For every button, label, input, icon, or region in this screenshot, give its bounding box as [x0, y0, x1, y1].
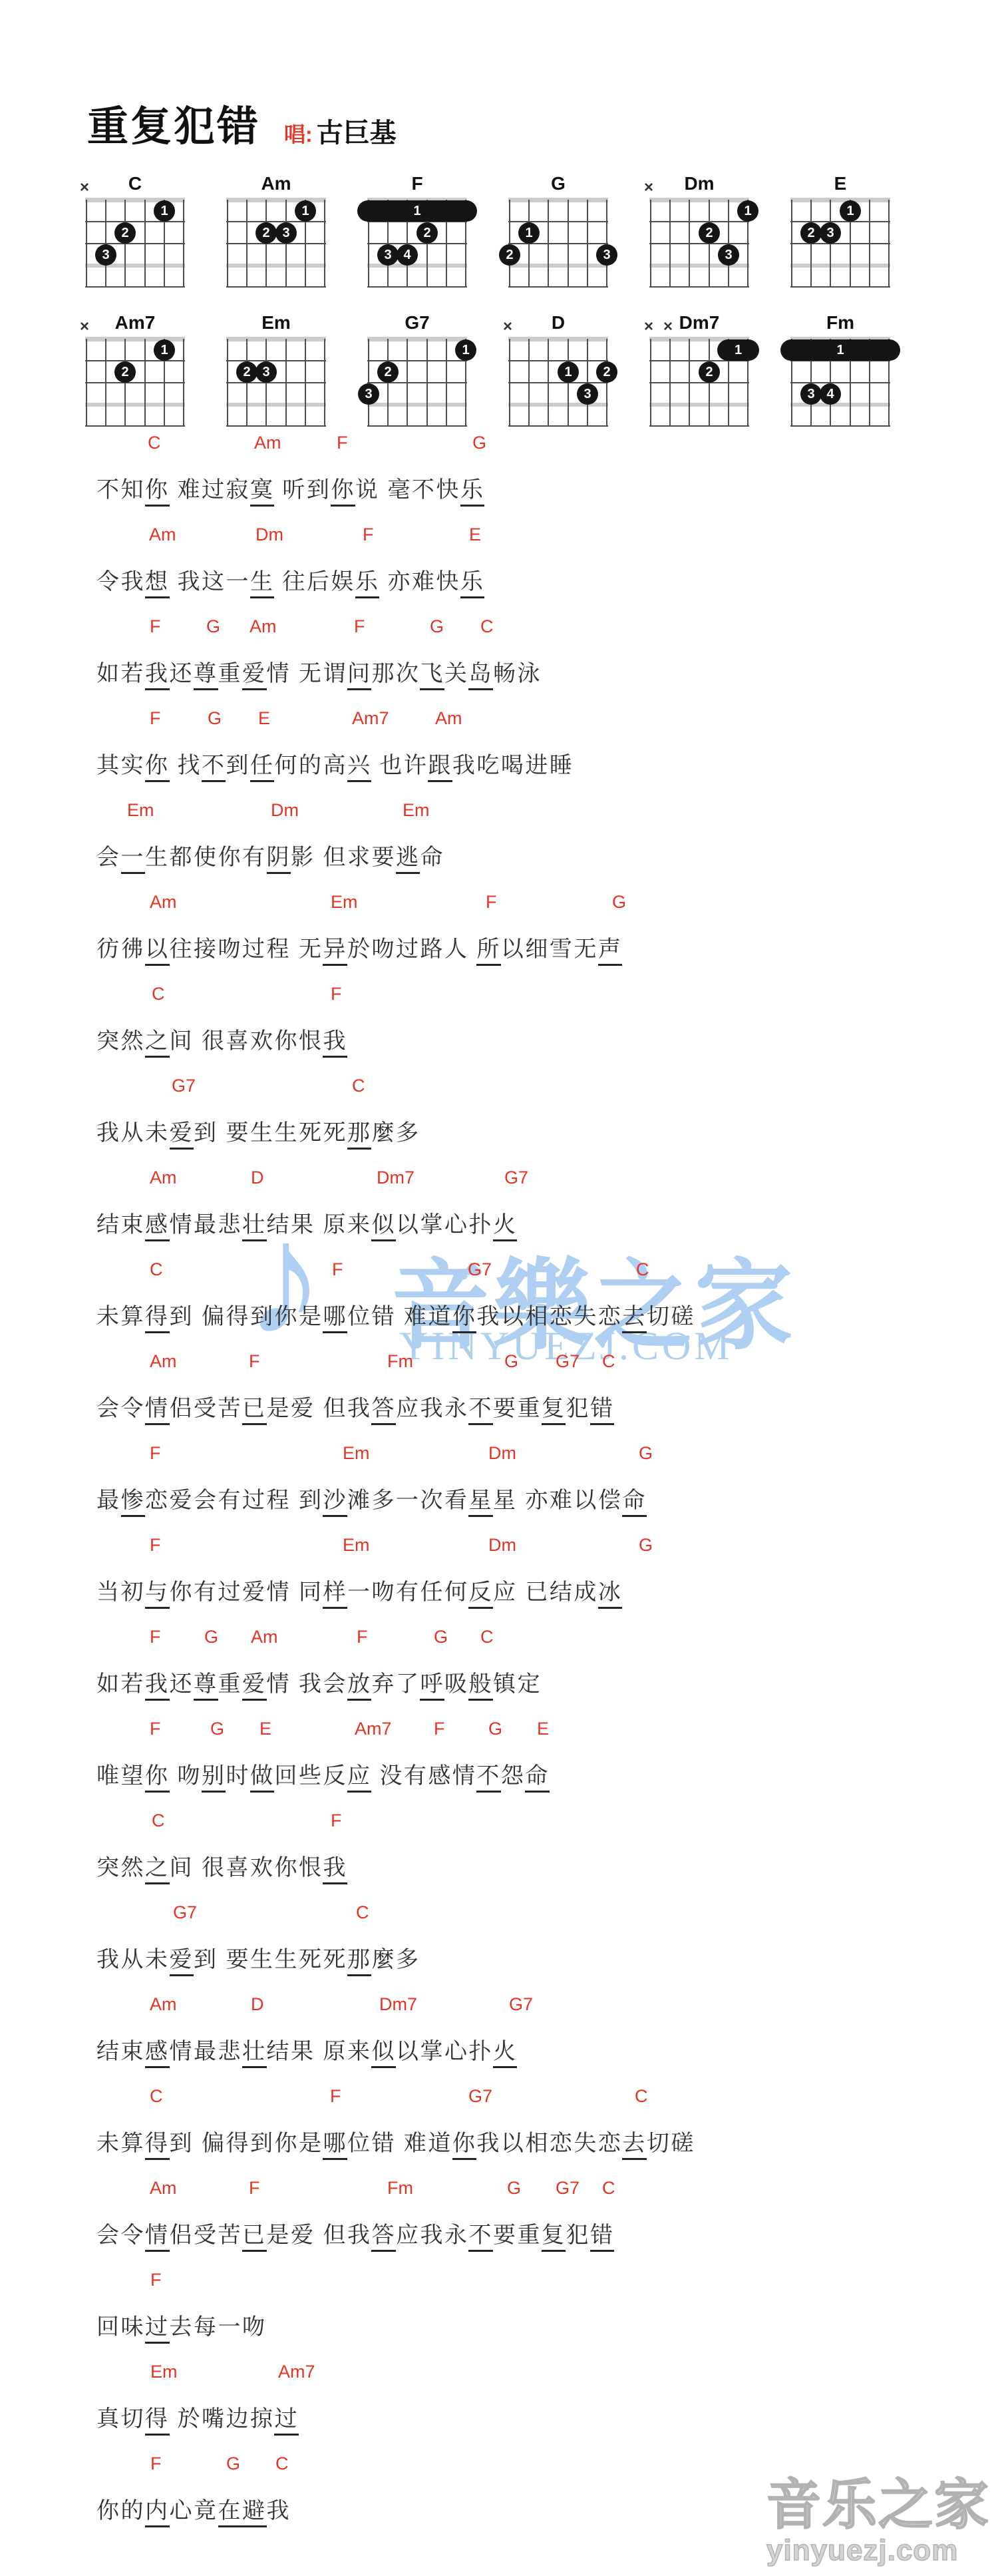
lyric-segment-underlined: 寞: [250, 477, 275, 507]
lyric-line: 会令情侣受苦已是爱 但我答应我永不要重复犯错: [96, 1395, 614, 1425]
lyric-segment: 重: [218, 1671, 243, 1697]
lyric-segment: 会令: [96, 1395, 145, 1422]
lyric-segment-underlined: 错: [590, 1395, 615, 1425]
chord-label: C: [602, 2178, 615, 2199]
string-line: [285, 200, 287, 288]
chord-label: C: [356, 1902, 369, 1923]
lyric-segment-underlined: 得: [145, 1303, 170, 1333]
lyric-segment-underlined: 去: [622, 1303, 647, 1333]
lyric-segment-underlined: 与: [145, 1579, 170, 1609]
lyric-segment-underlined: 冰: [598, 1579, 623, 1609]
lyric-line: 我从未爱到 要生生死死那麼多: [96, 1120, 420, 1150]
string-line: [227, 200, 228, 288]
lyric-segment: 我从未: [96, 1946, 170, 1973]
finger-dot: 3: [800, 383, 822, 405]
lyric-segment-underlined: 星: [468, 1487, 493, 1517]
chord-label: G: [434, 1627, 448, 1647]
lyric-segment-underlined: 放: [347, 1671, 372, 1701]
fret-line: [367, 243, 467, 244]
fret-line: [367, 360, 467, 361]
lyric-segment-underlined: 你: [331, 477, 355, 507]
lyric-segment: 会令: [96, 2222, 145, 2249]
chord-label: F: [150, 1443, 161, 1464]
muted-string-icon: ×: [80, 180, 89, 196]
chord-label: G7: [509, 1994, 533, 2015]
string-line: [426, 339, 428, 427]
string-line: [830, 200, 831, 288]
lyric-segment: 未算: [96, 2130, 145, 2157]
string-line: [446, 339, 447, 427]
lyric-line: 最惨恋爱会有过程 到沙滩多一次看星星 亦难以偿命: [96, 1487, 647, 1517]
lyric-segment-underlined: 飞: [420, 660, 444, 690]
fret-line: [367, 337, 467, 341]
finger-dot: 3: [275, 222, 297, 244]
lyric-segment: 吻: [170, 1763, 202, 1789]
lyric-segment-underlined: 乐: [460, 568, 485, 598]
lyric-segment-underlined: 已: [242, 2222, 267, 2252]
lyric-segment-underlined: 问: [347, 660, 372, 690]
chord-label: G: [208, 708, 222, 729]
fret-line: [790, 221, 890, 222]
string-line: [689, 339, 690, 427]
lyric-segment: 生都使你有: [145, 844, 267, 871]
lyric-segment: 滩多一次看: [347, 1487, 469, 1514]
lyric-segment: 回些反: [274, 1763, 347, 1789]
watermark-corner-text: 音乐之家: [766, 2476, 990, 2535]
lyric-segment: 唯望: [96, 1763, 145, 1789]
lyric-line: 你的内心竟在避我: [96, 2497, 291, 2527]
lyric-segment: 情 无谓: [267, 660, 347, 687]
finger-dot: 1: [558, 361, 579, 383]
finger-dot: 1: [455, 339, 476, 361]
string-line: [246, 200, 248, 288]
lyric-segment-underlined: 不: [468, 1395, 493, 1425]
chord-diagram-Dm: Dm×123: [650, 173, 748, 288]
lyric-segment: 关: [444, 660, 469, 687]
lyric-segment: 往接吻过程 无: [170, 936, 323, 963]
fret-grid: 123: [791, 200, 890, 288]
lyric-segment: 侣受苦: [170, 1395, 243, 1422]
string-line: [305, 339, 306, 427]
lyric-line: 会令情侣受苦已是爱 但我答应我永不要重复犯错: [96, 2222, 614, 2252]
chord-label: F: [331, 1811, 342, 1831]
fret-line: [649, 264, 749, 268]
chord-line: FGEAm7Am: [0, 708, 998, 731]
lyric-segment-underlined: 做: [250, 1763, 275, 1793]
lyric-segment-underlined: 兴: [347, 752, 372, 782]
chord-label: C: [148, 433, 161, 453]
string-line: [669, 339, 671, 427]
chord-line: F: [0, 2270, 998, 2292]
lyric-segment-underlined: 答: [371, 2222, 396, 2252]
chord-label: Dm: [488, 1443, 516, 1464]
fret-grid: 134: [791, 339, 890, 427]
string-line: [587, 339, 588, 427]
chord-line: AmDmFE: [0, 525, 998, 547]
lyric-segment-underlined: 生: [250, 568, 275, 598]
lyric-segment: 重: [218, 660, 243, 687]
lyric-segment: 回味: [96, 2314, 145, 2340]
lyric-segment-underlined: 乐: [355, 568, 380, 598]
lyric-segment: 畅泳: [493, 660, 542, 687]
lyric-segment: 犯: [566, 1395, 590, 1422]
lyric-line: 未算得到 偏得到你是哪位错 难道你我以相恋失恋去切磋: [96, 2130, 695, 2160]
string-line: [407, 339, 408, 427]
lyric-segment: 一吻有任何: [347, 1579, 469, 1606]
finger-dot: 3: [577, 383, 598, 405]
string-line: [324, 200, 325, 288]
string-line: [368, 339, 369, 427]
string-line: [265, 200, 267, 288]
lyric-segment-underlined: 命: [622, 1487, 647, 1517]
lyric-segment: 最: [96, 1487, 121, 1514]
chord-label: F: [150, 708, 161, 729]
lyric-segment: 我吃喝进睡: [452, 752, 574, 779]
fret-line: [508, 221, 608, 222]
string-line: [285, 339, 287, 427]
chord-label: G: [430, 616, 444, 637]
fret-grid: 123: [227, 200, 325, 288]
string-line: [869, 200, 870, 288]
lyric-segment-underlined: 你: [145, 477, 170, 507]
lyric-segment: 说 毫不快: [355, 477, 460, 503]
lyric-segment-underlined: 去: [622, 2130, 647, 2160]
chord-line: AmFFmGG7C: [0, 1351, 998, 1374]
chord-line: G7C: [0, 1076, 998, 1098]
finger-dot: 2: [377, 361, 399, 383]
lyric-segment: 未算: [96, 1303, 145, 1330]
chord-label: Fm: [387, 2178, 413, 2199]
fret-grid: 123: [368, 339, 466, 427]
lyric-segment-underlined: 过: [274, 2406, 299, 2436]
fret-line: [649, 425, 749, 427]
lyric-line: 当初与你有过爱情 同样一吻有任何反应 已结成冰: [96, 1579, 622, 1609]
finger-dot: 2: [255, 222, 277, 244]
chord-line: FGAmFGC: [0, 616, 998, 639]
chord-line: AmDDm7G7: [0, 1168, 998, 1190]
lyric-segment-underlined: 错: [590, 2222, 615, 2252]
fret-grid: 23: [227, 339, 325, 427]
lyric-segment-underlined: 样: [323, 1579, 347, 1609]
chord-label: Am7: [352, 708, 389, 729]
chord-diagram-Am7: Am7×12: [86, 312, 184, 427]
lyric-segment-underlined: 爱: [242, 1671, 267, 1701]
lyric-segment-underlined: 过: [145, 2314, 170, 2344]
string-line: [568, 339, 569, 427]
lyric-segment-underlined: 已: [242, 1395, 267, 1425]
chord-diagram-name: Am: [227, 173, 325, 200]
chord-label: G: [206, 616, 220, 637]
chord-label: Am: [249, 616, 277, 637]
lyric-segment-underlined: 命: [525, 1763, 550, 1793]
lyric-segment: 以掌心扑: [396, 1211, 493, 1238]
lyric-segment: 如若: [96, 1671, 145, 1697]
lyric-segment: 真切: [96, 2406, 145, 2432]
finger-dot: 3: [718, 244, 739, 266]
fret-line: [508, 337, 608, 341]
finger-dot: 3: [377, 244, 399, 266]
lyric-segment-underlined: 那: [347, 1946, 372, 1976]
string-line: [650, 200, 651, 288]
chord-diagram-name: G7: [368, 312, 466, 339]
lyric-segment-underlined: 在: [218, 2497, 243, 2527]
string-line: [791, 200, 792, 288]
lyric-segment-underlined: 我: [323, 1028, 347, 1058]
lyric-segment: 麼多: [371, 1946, 420, 1973]
lyric-segment-underlined: 以: [145, 936, 170, 966]
chord-label: C: [275, 2454, 289, 2474]
fret-line: [226, 264, 326, 268]
lyric-segment: 到 要生生死死: [194, 1120, 347, 1146]
lyric-segment-underlined: 反: [468, 1579, 493, 1609]
lyric-segment: 结果 原来: [267, 2038, 372, 2065]
fret-line: [226, 360, 326, 361]
lyric-segment-underlined: 所: [476, 936, 501, 966]
chord-label: Dm: [488, 1535, 516, 1556]
chord-label: F: [354, 616, 365, 637]
lyric-segment-underlined: 复: [542, 1395, 566, 1425]
lyric-line: 其实你 找不到任何的高兴 也许跟我吃喝进睡: [96, 752, 574, 782]
lyric-segment: 时: [226, 1763, 250, 1789]
chord-label: E: [258, 708, 270, 729]
lyric-segment: 找: [170, 752, 202, 779]
lyric-segment: 我以相恋失恋: [476, 1303, 622, 1330]
finger-dot: 2: [596, 361, 617, 383]
string-line: [689, 200, 690, 288]
chord-diagram-name: E: [791, 173, 890, 200]
string-line: [548, 339, 549, 427]
string-line: [709, 200, 710, 288]
fret-line: [508, 264, 608, 268]
lyric-segment: 到 偏得到你是: [170, 1303, 323, 1330]
lyric-segment-underlined: 哪: [323, 1303, 347, 1333]
lyric-segment: 应 已结成: [493, 1579, 598, 1606]
chord-line: FEmDmG: [0, 1535, 998, 1558]
lyric-line: 我从未爱到 要生生死死那麼多: [96, 1946, 420, 1976]
muted-string-icon: ×: [644, 180, 653, 196]
finger-dot: 3: [820, 222, 841, 244]
finger-dot: 1: [737, 200, 758, 222]
string-line: [650, 339, 651, 427]
lyric-segment-underlined: 呼: [420, 1671, 444, 1701]
chord-label: C: [352, 1076, 365, 1096]
chord-label: G7: [173, 1902, 197, 1923]
lyric-segment-underlined: 尊: [194, 1671, 218, 1701]
lyric-segment: 怨: [501, 1763, 526, 1789]
chord-label: Dm7: [377, 1168, 415, 1188]
lyric-line: 如若我还尊重爱情 我会放弃了呼吸般镇定: [96, 1671, 542, 1701]
fret-line: [790, 382, 890, 383]
lyric-segment-underlined: 壮: [242, 2038, 267, 2068]
chord-diagram-name: C: [86, 173, 184, 200]
chord-label: G7: [556, 1351, 580, 1372]
fret-grid: ×12: [86, 339, 184, 427]
chord-label: C: [480, 1627, 494, 1647]
fret-line: [508, 243, 608, 244]
lyric-segment-underlined: 情: [145, 2222, 170, 2252]
lyric-line: 结束感情最悲壮结果 原来似以掌心扑火: [96, 1211, 517, 1241]
chord-label: E: [537, 1719, 549, 1739]
string-line: [183, 339, 184, 427]
lyric-segment-underlined: 岛: [468, 660, 493, 690]
chord-diagram-F: F1234: [368, 173, 466, 288]
string-line: [124, 339, 126, 427]
lyric-segment: 我以相恋失恋: [476, 2130, 622, 2157]
lyric-line: 回味过去每一吻: [96, 2314, 267, 2344]
chord-line: G7C: [0, 1902, 998, 1925]
fret-line: [649, 403, 749, 407]
chord-diagram-D: D×123: [509, 312, 607, 427]
lyric-segment: 弃了: [371, 1671, 420, 1697]
string-line: [709, 339, 710, 427]
chord-label: F: [150, 1627, 161, 1647]
chord-line: CAmFG: [0, 433, 998, 455]
chord-label: G: [612, 892, 626, 913]
barre: 1: [717, 339, 759, 361]
lyric-segment: 去每一吻: [170, 2314, 267, 2340]
chord-label: Em: [150, 2362, 178, 2382]
lyric-segment-underlined: 答: [371, 1395, 396, 1425]
chord-diagram-C: C×123: [86, 173, 184, 288]
lyric-segment: 於吻过路人: [347, 936, 476, 963]
lyric-segment-underlined: 火: [493, 2038, 518, 2068]
lyric-segment-underlined: 乐: [460, 477, 485, 507]
finger-dot: 1: [154, 200, 175, 222]
fret-line: [508, 198, 608, 202]
chord-label: Em: [343, 1443, 370, 1464]
chord-label: Am: [150, 1168, 177, 1188]
lyric-segment: 如若: [96, 660, 145, 687]
fret-line: [367, 425, 467, 427]
string-line: [227, 339, 228, 427]
string-line: [587, 200, 588, 288]
lyric-segment-underlined: 我: [145, 660, 170, 690]
lyric-segment: 我这一: [170, 568, 250, 595]
chord-label: Am: [150, 1994, 177, 2015]
lyric-segment: 往后娱: [274, 568, 355, 595]
fret-line: [85, 286, 185, 288]
fret-line: [790, 264, 890, 268]
chord-label: C: [635, 2086, 648, 2107]
finger-dot: 1: [154, 339, 175, 361]
chord-label: F: [150, 1719, 161, 1739]
vocal-name: 古巨基: [317, 118, 397, 148]
chord-label: C: [152, 984, 165, 1004]
string-line: [810, 200, 812, 288]
chord-label: D: [251, 1994, 264, 2015]
lyric-segment: 亦难快: [379, 568, 460, 595]
string-line: [548, 200, 549, 288]
lyric-segment-underlined: 得: [145, 2406, 170, 2436]
chord-line: CF: [0, 1811, 998, 1833]
chord-label: F: [330, 2086, 341, 2107]
fret-line: [226, 243, 326, 244]
string-line: [888, 200, 890, 288]
chord-label: Am: [150, 1351, 177, 1372]
lyric-segment-underlined: 应: [347, 1763, 372, 1793]
chord-label: F: [150, 616, 161, 637]
lyric-segment-underlined: 你: [145, 752, 170, 782]
lyric-segment-underlined: 想: [145, 568, 170, 598]
lyric-line: 如若我还尊重爱情 无谓问那次飞关岛畅泳: [96, 660, 542, 690]
lyric-line: 真切得 於嘴边掠过: [96, 2406, 299, 2436]
string-line: [669, 200, 671, 288]
lyric-segment: 我: [267, 2497, 291, 2524]
string-line: [265, 339, 267, 427]
lyric-segment: 情最悲: [170, 2038, 243, 2065]
fret-line: [508, 403, 608, 407]
finger-dot: 3: [95, 244, 116, 266]
finger-dot: 3: [255, 361, 277, 383]
lyric-segment-underlined: 感: [145, 2038, 170, 2068]
lyric-segment: 你有过爱情 同: [170, 1579, 323, 1606]
chord-line: FEmDmG: [0, 1443, 998, 1466]
lyric-segment: 犯: [566, 2222, 590, 2249]
vocal-label: 唱:: [284, 122, 313, 146]
lyric-segment: 位错 难道: [347, 1303, 452, 1330]
chord-label: Em: [331, 892, 358, 913]
lyric-segment: 你的: [96, 2497, 145, 2524]
lyric-segment-underlined: 得: [145, 2130, 170, 2160]
finger-dot: 2: [114, 361, 136, 383]
chord-label: Am7: [355, 1719, 392, 1739]
lyric-segment-underlined: 爱: [170, 1120, 194, 1150]
lyric-segment: 会: [96, 844, 121, 871]
fret-line: [85, 243, 185, 244]
chord-diagram-name: F: [368, 173, 466, 200]
lyric-segment-underlined: 阴: [267, 844, 291, 874]
lyric-segment: 令我: [96, 568, 145, 595]
chord-label: Dm: [255, 525, 283, 545]
chord-label: G: [639, 1443, 653, 1464]
lyric-segment: 那次: [371, 660, 420, 687]
fret-line: [649, 243, 749, 244]
lyric-segment-underlined: 不: [202, 752, 226, 782]
chord-label: F: [150, 1535, 161, 1556]
finger-dot: 4: [397, 244, 418, 266]
lyric-line: 突然之间 很喜欢你恨我: [96, 1028, 347, 1058]
lyric-segment: 还: [170, 660, 194, 687]
chord-label: G: [204, 1627, 218, 1647]
fret-line: [790, 243, 890, 244]
chord-diagram-E: E123: [791, 173, 890, 288]
chord-line: CF: [0, 984, 998, 1006]
lyric-segment-underlined: 别: [202, 1763, 226, 1793]
lyric-segment-underlined: 避: [242, 2497, 267, 2527]
chord-label: F: [332, 1259, 343, 1280]
string-line: [105, 200, 106, 288]
lyric-segment: 突然: [96, 1854, 145, 1881]
barre: 1: [357, 200, 477, 222]
lyric-line: 唯望你 吻别时做回些反应 没有感情不怨命: [96, 1763, 550, 1793]
chord-diagram-name: D: [509, 312, 607, 339]
chord-line: EmAm7: [0, 2362, 998, 2384]
lyric-segment: 要重: [493, 1395, 542, 1422]
chord-label: G7: [504, 1168, 528, 1188]
lyric-segment-underlined: 你: [452, 2130, 477, 2160]
lyric-segment: 於嘴边掠: [170, 2406, 275, 2432]
lyric-segment: 间 很喜欢你恨: [170, 1028, 323, 1054]
fret-grid: ××12: [650, 339, 748, 427]
chord-label: Am: [149, 525, 176, 545]
fret-line: [649, 382, 749, 383]
fret-line: [508, 360, 608, 361]
lyric-segment: 听到: [274, 477, 331, 503]
lyric-segment: 我从未: [96, 1120, 170, 1146]
chord-label: G7: [172, 1076, 196, 1096]
chord-line: EmDmEm: [0, 800, 998, 823]
chord-label: G: [226, 2454, 240, 2474]
